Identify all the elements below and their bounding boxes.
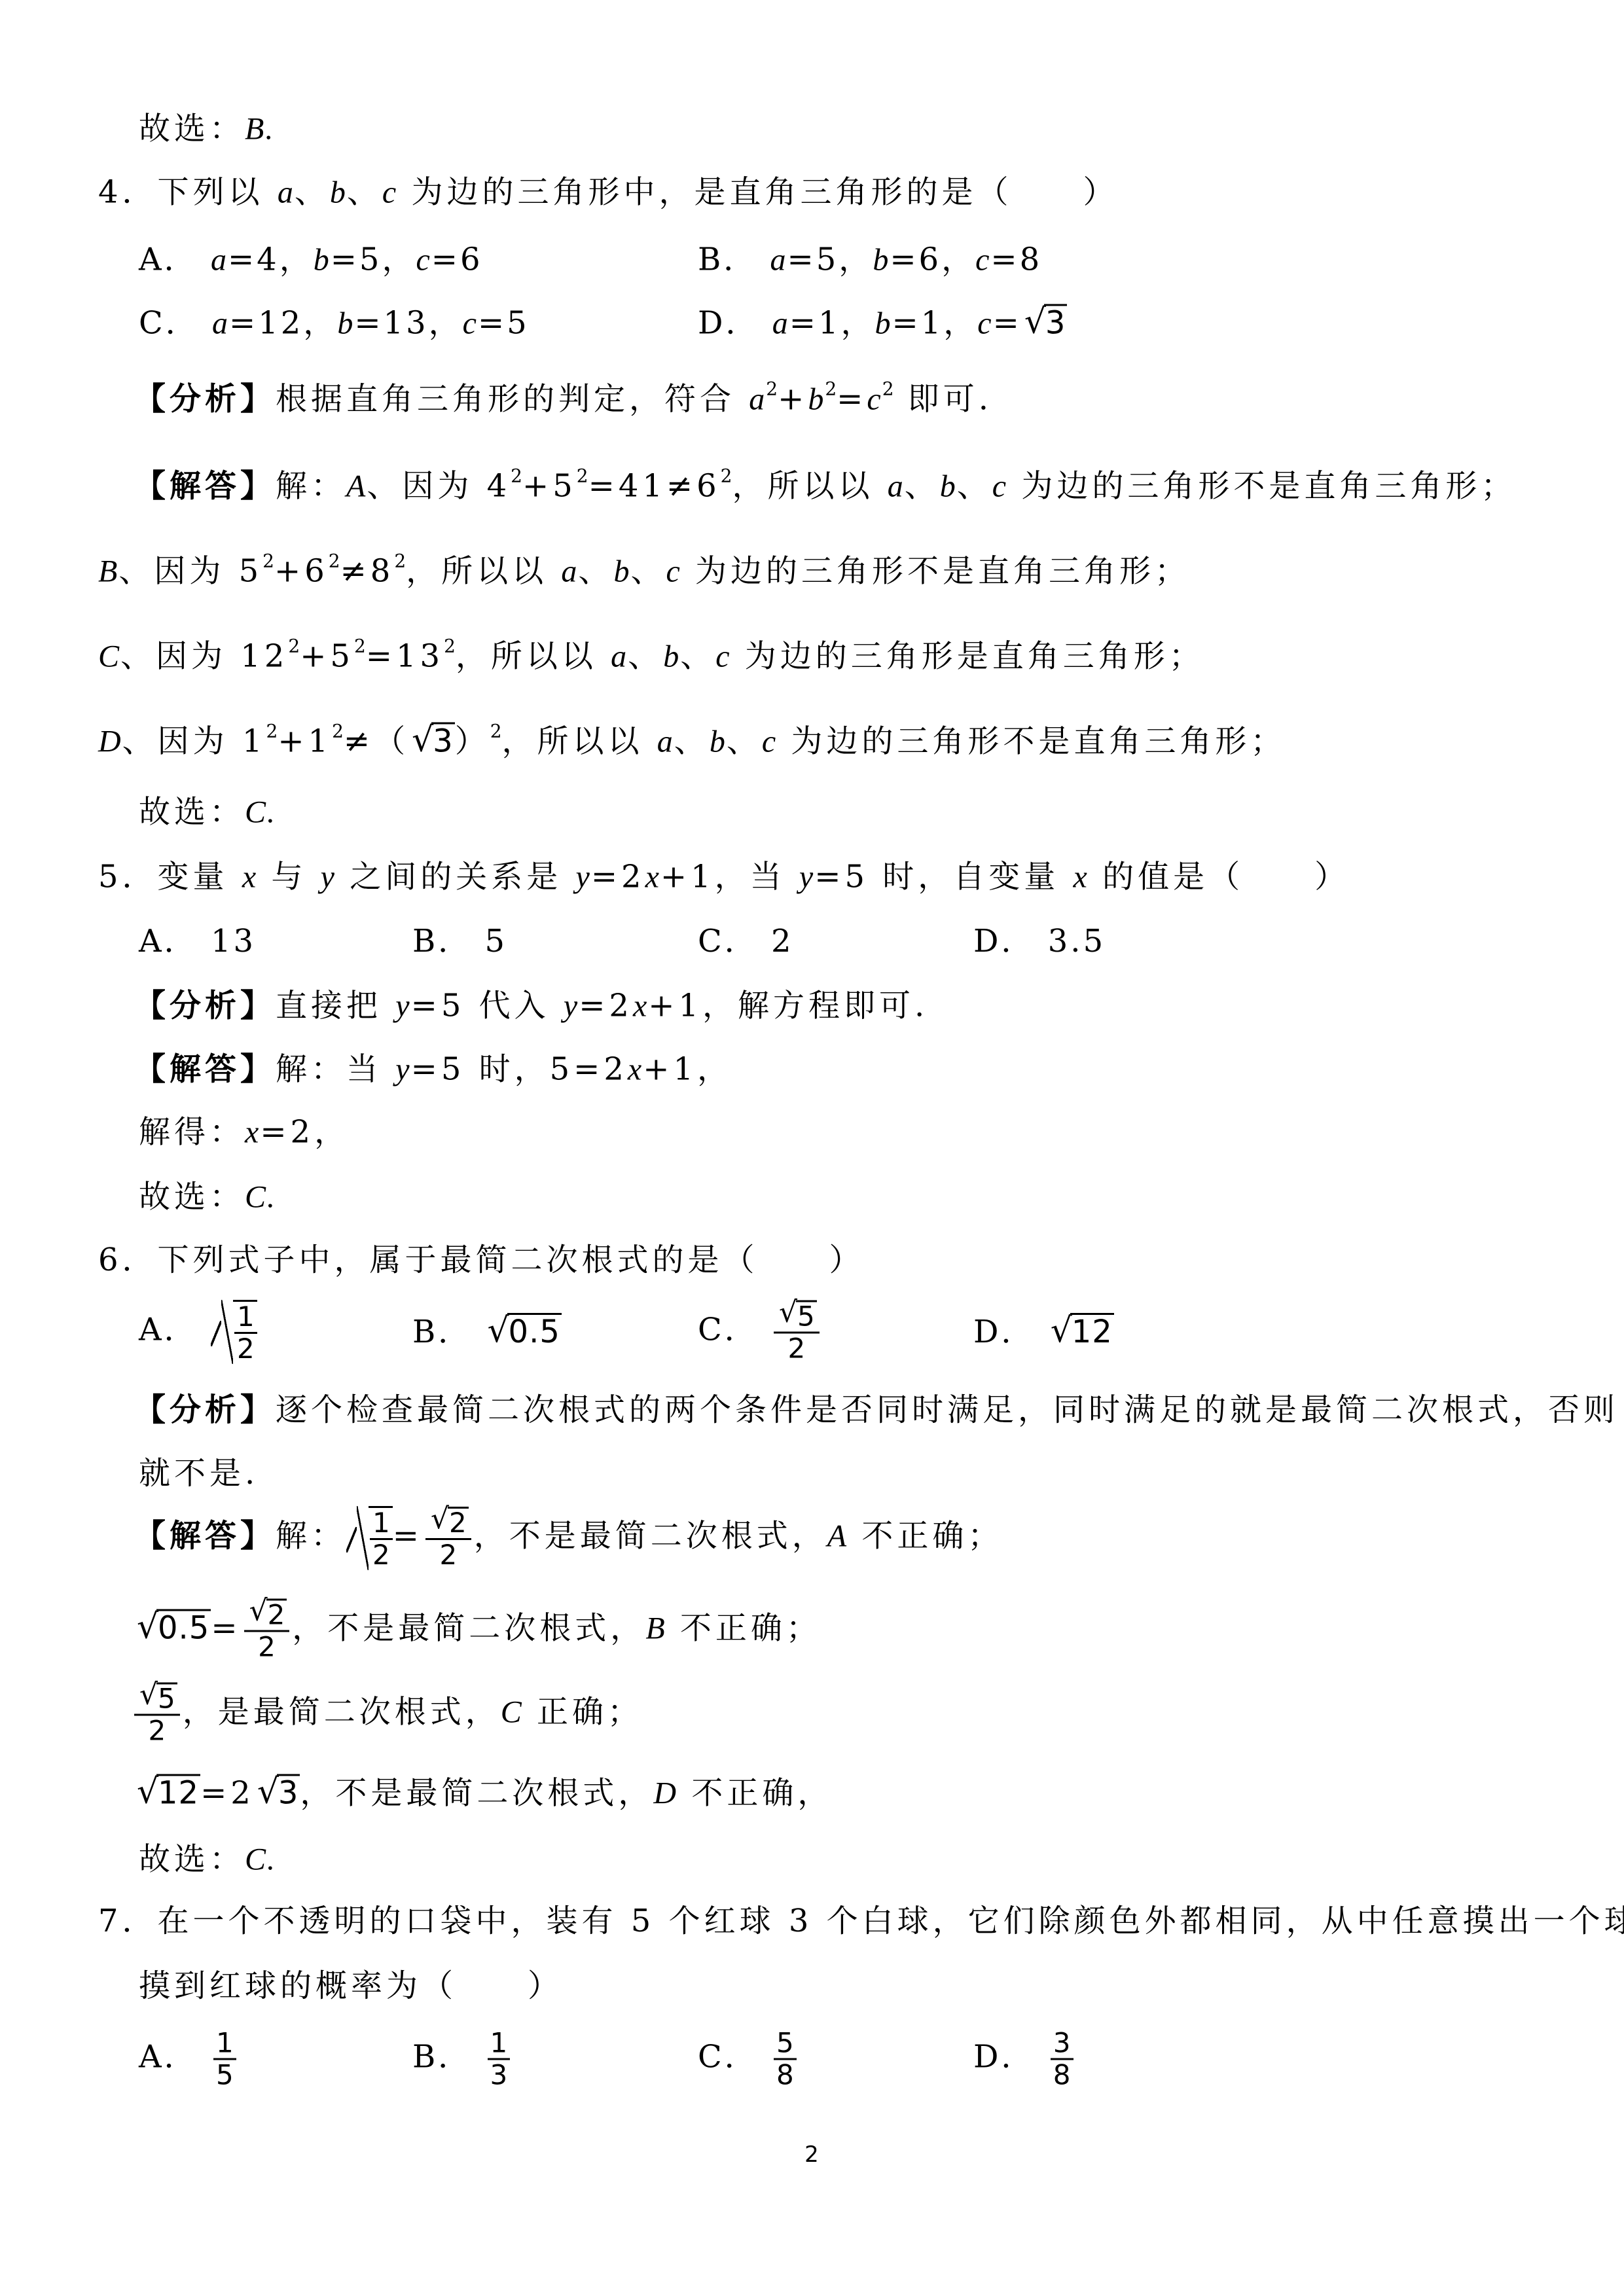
radicand: 12: [1070, 1313, 1114, 1349]
conclusion-answer: C.: [245, 795, 276, 830]
question-number: 7．: [98, 1903, 158, 1939]
q7-option-b[interactable]: B． 13: [412, 2028, 513, 2090]
page-number: 2: [804, 2142, 819, 2168]
q6-solution-a: 【解答】解：12=22，不是最简二次根式，A 不正确；: [134, 1506, 1003, 1570]
analysis-text: 即可.: [894, 381, 993, 418]
q4-option-d[interactable]: D． a=1，b=1，c=3: [698, 304, 1067, 344]
numerator: 3: [1051, 2028, 1074, 2060]
analysis-label: 【分析】: [134, 381, 276, 418]
numerator: 1: [488, 2028, 511, 2060]
q4-solution-c: C、因为 122+52=132，所以以 a、b、c 为边的三角形是直角三角形；: [98, 637, 1204, 677]
sep: 、: [347, 174, 382, 211]
analysis-text: 就不是.: [139, 1455, 259, 1492]
question-number: 6．: [98, 1242, 158, 1278]
analysis-text: 逐个检查最简二次根式的两个条件是否同时满足，同时满足的就是最简二次根式，否则: [276, 1391, 1619, 1428]
conclusion-label: 故选：: [139, 1179, 245, 1215]
q7-stem-cont: 摸到红球的概率为（ ）: [139, 1966, 563, 2005]
sqrt-icon: 5: [139, 1683, 177, 1714]
sqrt-icon: 5: [779, 1300, 817, 1332]
q6-option-c[interactable]: C． 52: [698, 1300, 822, 1364]
stem-text: 在一个不透明的口袋中，装有 5 个红球 3 个白球，它们除颜色外都相同，从中任意…: [158, 1903, 1624, 1939]
prev-conclusion: 故选：B.: [139, 109, 274, 149]
stem-text: 为边的三角形中，是直角三角形的是（ ）: [411, 174, 1118, 211]
option-key: A．: [139, 2039, 198, 2075]
option-key: C．: [698, 1312, 759, 1348]
conclusion-label: 故选：: [139, 111, 245, 147]
sqrt-icon: 0.5: [137, 1609, 211, 1648]
stem-text: 摸到红球的概率为（ ）: [139, 1967, 563, 2004]
conclusion-answer: C.: [245, 1842, 276, 1877]
option-text: 13: [211, 923, 256, 960]
question-number: 5．: [98, 859, 158, 895]
sqrt-icon: 12: [211, 1300, 257, 1364]
q5-option-b[interactable]: B． 5: [412, 922, 507, 961]
q4-conclusion: 故选：C.: [139, 793, 276, 833]
q6-conclusion: 故选：C.: [139, 1840, 276, 1880]
denominator: 8: [1051, 2060, 1074, 2090]
solution-label: 【解答】: [134, 1518, 276, 1554]
option-key: D．: [973, 923, 1036, 960]
option-key: D．: [698, 305, 760, 342]
analysis-label: 【分析】: [134, 1391, 276, 1428]
option-key: C．: [698, 923, 759, 960]
q7-stem: 7．在一个不透明的口袋中，装有 5 个红球 3 个白球，它们除颜色外都相同，从中…: [98, 1901, 1624, 1941]
numerator: 5: [774, 2028, 797, 2060]
q6-solution-c: 52，是最简二次根式，C 正确；: [134, 1683, 643, 1746]
analysis-label: 【分析】: [134, 988, 276, 1024]
option-key: C．: [698, 2039, 759, 2075]
q4-solution-b: B、因为 52+62≠82，所以以 a、b、c 为边的三角形不是直角三角形；: [98, 552, 1190, 592]
q5-stem: 5．变量 x 与 y 之间的关系是 y=2x+1，当 y=5 时，自变量 x 的…: [98, 857, 1350, 897]
conclusion-answer: B.: [245, 112, 274, 147]
radicand: 3: [1044, 304, 1068, 340]
sqrt-icon: 3: [257, 1774, 300, 1813]
option-key: A．: [139, 242, 198, 278]
option-key: C．: [139, 305, 200, 342]
q4-option-c[interactable]: C． a=12，b=13，c=5: [139, 304, 530, 344]
option-key: D．: [973, 2039, 1036, 2075]
q6-option-b[interactable]: B． 0.5: [412, 1312, 562, 1352]
numerator: 1: [213, 2028, 236, 2060]
conclusion-label: 故选：: [139, 1841, 245, 1878]
option-text: 3.5: [1048, 923, 1106, 960]
q5-solved: 解得：x=2，: [139, 1113, 350, 1153]
q4-option-a[interactable]: A． a=4，b=5，c=6: [139, 240, 483, 280]
option-key: B．: [412, 2039, 472, 2075]
q6-option-a[interactable]: A． 12: [139, 1300, 257, 1364]
var-a: a: [278, 175, 295, 210]
q7-option-c[interactable]: C． 58: [698, 2028, 799, 2090]
conclusion-answer: C.: [245, 1180, 276, 1215]
q7-option-d[interactable]: D． 38: [973, 2028, 1076, 2090]
q5-analysis: 【分析】直接把 y=5 代入 y=2x+1，解方程即可.: [134, 986, 928, 1026]
sqrt-icon: 0.5: [488, 1312, 562, 1352]
denominator: 5: [213, 2060, 236, 2090]
q5-conclusion: 故选：C.: [139, 1177, 276, 1217]
q6-solution-b: 0.5=22，不是最简二次根式，B 不正确；: [134, 1599, 821, 1662]
sqrt-icon: 12: [346, 1506, 393, 1570]
q4-option-b[interactable]: B． a=5，b=6，c=8: [698, 240, 1042, 280]
q4-solution-a: 【解答】解：A、因为 42+52=41≠62，所以以 a、b、c 为边的三角形不…: [134, 467, 1516, 507]
q5-solution: 【解答】解：当 y=5 时，5=2x+1，: [134, 1050, 732, 1090]
option-text: 2: [771, 923, 794, 960]
sqrt-icon: 3: [412, 722, 455, 761]
sqrt-icon: 2: [249, 1599, 287, 1630]
radicand: 0.5: [507, 1313, 562, 1349]
q6-option-d[interactable]: D． 12: [973, 1312, 1114, 1352]
conclusion-label: 故选：: [139, 794, 245, 831]
q6-analysis-cont: 就不是.: [139, 1454, 259, 1493]
sqrt-icon: 12: [1051, 1312, 1114, 1352]
stem-text: 下列式子中，属于最简二次根式的是（ ）: [158, 1242, 865, 1278]
option-key: B．: [698, 242, 757, 278]
option-key: B．: [412, 923, 472, 960]
q6-solution-d: 12=23，不是最简二次根式，D 不正确，: [134, 1774, 833, 1814]
option-key: A．: [139, 1312, 198, 1348]
var-b: b: [330, 175, 347, 210]
solution-label: 【解答】: [134, 1051, 276, 1088]
stem-text: 下列以: [158, 174, 264, 211]
var-c: c: [382, 175, 397, 210]
q7-option-a[interactable]: A． 15: [139, 2028, 239, 2090]
q6-stem: 6．下列式子中，属于最简二次根式的是（ ）: [98, 1240, 865, 1280]
solution-label: 【解答】: [134, 468, 276, 505]
option-key: B．: [412, 1314, 472, 1350]
analysis-text: 根据直角三角形的判定，符合: [276, 381, 749, 418]
q4-analysis: 【分析】根据直角三角形的判定，符合 a2+b2=c2 即可.: [134, 380, 992, 420]
sqrt-icon: 3: [1024, 304, 1068, 343]
option-key: A．: [139, 923, 198, 960]
sep: 、: [295, 174, 330, 211]
option-text: 5: [485, 923, 508, 960]
sqrt-icon: 2: [431, 1507, 469, 1538]
q5-option-a[interactable]: A． 13: [139, 922, 256, 961]
q6-analysis: 【分析】逐个检查最简二次根式的两个条件是否同时满足，同时满足的就是最简二次根式，…: [134, 1390, 1619, 1429]
denominator: 8: [774, 2060, 797, 2090]
denominator: 3: [488, 2060, 511, 2090]
q5-option-d[interactable]: D． 3.5: [973, 922, 1106, 961]
question-number: 4．: [98, 174, 158, 211]
q4-stem: 4．下列以 a、b、c 为边的三角形中，是直角三角形的是（ ）: [98, 173, 1118, 213]
q4-solution-d: D、因为 12+12≠（3）2，所以以 a、b、c 为边的三角形不是直角三角形；: [98, 722, 1286, 762]
option-key: D．: [973, 1314, 1036, 1350]
q5-option-c[interactable]: C． 2: [698, 922, 794, 961]
sqrt-icon: 12: [137, 1774, 200, 1813]
